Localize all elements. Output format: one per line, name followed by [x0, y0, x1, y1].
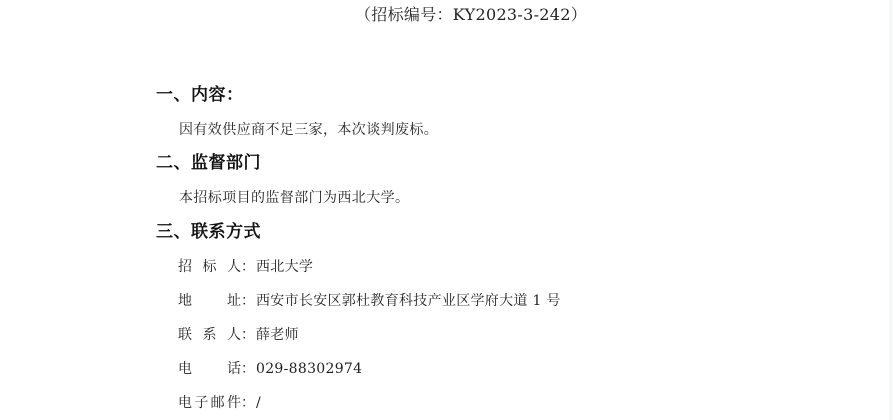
tender-number: （招标编号：KY2023-3-242）: [355, 4, 587, 26]
section-body-content: 因有效供应商不足三家，本次谈判废标。: [179, 120, 438, 140]
contact-separator: ：: [241, 257, 256, 277]
contact-row-email: 电 子 邮 件 ： /: [178, 393, 261, 413]
contact-label-tenderer: 招 标 人: [178, 257, 241, 277]
contact-row-phone: 电 话 ： 029-88302974: [178, 359, 362, 379]
section-heading-supervision: 二、监督部门: [156, 152, 261, 174]
section-heading-contact: 三、联系方式: [156, 221, 261, 243]
contact-label-contact-person: 联 系 人: [178, 325, 241, 345]
contact-separator: ：: [241, 393, 256, 413]
document-page: （招标编号：KY2023-3-242） 一、内容： 因有效供应商不足三家，本次谈…: [0, 0, 889, 420]
section-body-supervision: 本招标项目的监督部门为西北大学。: [179, 188, 409, 208]
contact-value-phone: 029-88302974: [256, 359, 362, 379]
contact-separator: ：: [241, 359, 256, 379]
contact-separator: ：: [241, 291, 256, 311]
contact-label-email: 电 子 邮 件: [178, 393, 241, 413]
contact-label-address: 地 址: [178, 291, 241, 311]
contact-value-contact-person: 薛老师: [256, 325, 299, 345]
contact-value-tenderer: 西北大学: [256, 257, 313, 277]
contact-value-address: 西安市长安区郭杜教育科技产业区学府大道 1 号: [256, 291, 561, 311]
contact-row-tenderer: 招 标 人 ： 西北大学: [178, 257, 313, 277]
contact-value-email: /: [256, 393, 261, 413]
contact-label-phone: 电 话: [178, 359, 241, 379]
contact-row-address: 地 址 ： 西安市长安区郭杜教育科技产业区学府大道 1 号: [178, 291, 561, 311]
page-edge: [889, 0, 893, 420]
section-heading-content: 一、内容：: [156, 84, 244, 106]
contact-separator: ：: [241, 325, 256, 345]
contact-row-contact-person: 联 系 人 ： 薛老师: [178, 325, 299, 345]
